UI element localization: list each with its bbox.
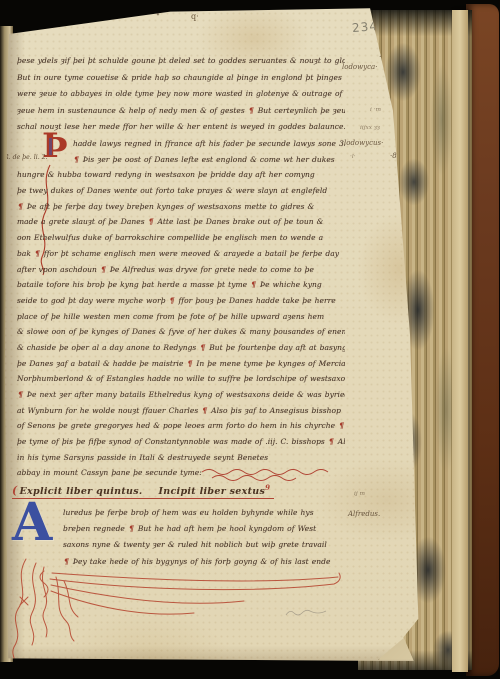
- text-line: But in oure tyme couetise & pride haþ so…: [17, 70, 345, 87]
- text-line: were ȝeue to abbayes in olde tyme þey no…: [17, 86, 345, 103]
- text-line: seide to god þt day were myche worþ ¶ ff…: [17, 293, 345, 309]
- margin-note-lodowyca: lodowyca·: [342, 63, 377, 71]
- paragraph-2: hadde lawys regned in ffrance aft his fa…: [17, 136, 345, 481]
- line-filler-squiggle: [200, 465, 336, 483]
- paragraph-1: þese ydels ȝif þei þt schulde goune þt d…: [17, 53, 345, 136]
- margin-marks-b: iijxx ȝȝ: [360, 125, 380, 131]
- quire-mark: q·: [191, 12, 199, 21]
- text-line: & slowe oon of þe kynges of Danes & fyve…: [17, 324, 345, 340]
- margin-marks-c: ij m: [354, 491, 365, 497]
- text-line: made a grete slauȝt of þe Danes ¶ Atte l…: [17, 214, 345, 230]
- text-line: at Wynburn for he wolde nouȝt ffauer Cha…: [17, 403, 345, 419]
- pencil-note: [284, 607, 334, 621]
- text-line: place of þe hille westen men come from þ…: [17, 309, 345, 325]
- text-line: Norþhumberlond & of Estangles hadde no w…: [17, 371, 345, 387]
- text-line: þe twey dukes of Danes wente out forto t…: [17, 183, 345, 199]
- text-line: in his tyme Sarsyns passide in Itali & d…: [17, 450, 345, 466]
- manuscript-photo: q· 234 Anno· lodowyca· 878· i ·m iijxx ȝ…: [0, 0, 500, 679]
- text-line: & chaside þe oþer al a day anone to Redy…: [17, 340, 345, 356]
- text-line: saxons nyne & twenty ȝer & ruled hit nob…: [63, 537, 345, 553]
- margin-mark-i: ·l·: [350, 154, 356, 160]
- text-line: þe Danes ȝaf a batail & hadde þe maistri…: [17, 356, 345, 372]
- margin-note-alfredus: Alfredus.: [348, 510, 380, 518]
- rubric-end-mark: 9: [265, 483, 270, 492]
- text-line: þese ydels ȝif þei þt schulde goune þt d…: [17, 53, 345, 70]
- text-line: breþen regnede ¶ But he had aft hem þe h…: [63, 521, 345, 537]
- text-line: bataile tofore his broþ þe kyng þat herd…: [17, 277, 345, 293]
- text-line: of Senons þe grete gregoryes hed & pope …: [17, 418, 345, 434]
- text-line: hungre & hubba toward redyng in westsaxo…: [17, 167, 345, 183]
- incipit-text: Incipit liber sextus: [159, 486, 266, 497]
- text-line: hadde lawys regned in ffrance aft his fa…: [73, 136, 345, 152]
- text-line: luredus þe ferþe broþ of hem was eu hold…: [63, 505, 345, 521]
- manuscript-page: q· 234 Anno· lodowyca· 878· i ·m iijxx ȝ…: [4, 5, 420, 665]
- text-line: þe tyme of þis þe fifþe synod of Constan…: [17, 434, 345, 450]
- text-line: ¶ Þe aft þe ferþe day twey breþen kynges…: [17, 199, 345, 215]
- text-line: ȝeue hem in sustenaunce & help of nedy m…: [17, 103, 345, 120]
- margin-marks-a: i ·m: [370, 107, 381, 113]
- text-line: oon Ethelwulfus duke of barrokschire com…: [17, 230, 345, 246]
- margin-note-lodowycus: lodowycus·: [344, 139, 383, 147]
- text-line: ¶ Þe next ȝer after many batails Ethelre…: [17, 387, 345, 403]
- text-line: after vpon aschdoun ¶ Þe Alfredus was dr…: [17, 262, 345, 278]
- text-line: ¶ Þis ȝer þe oost of Danes lefte est eng…: [73, 152, 345, 168]
- text-line: bak ¶ ffor þt schame englisch men were m…: [17, 246, 345, 262]
- flyleaf-edge: [452, 10, 468, 672]
